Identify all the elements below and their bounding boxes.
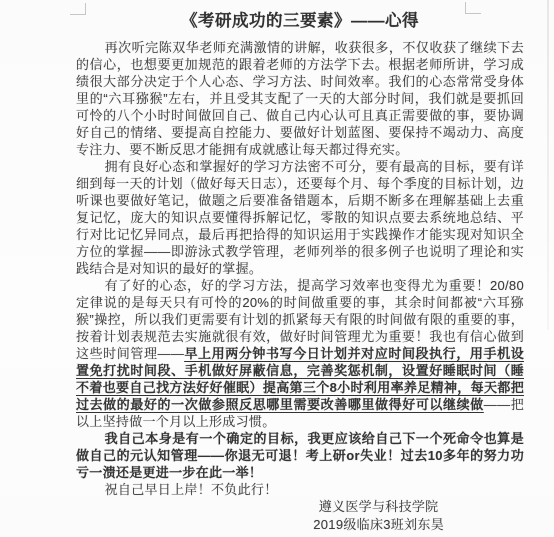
- signature-school: 遵义医学与科技学院: [313, 498, 444, 516]
- closing-wish: 祝自己早日上岸！不负此行！: [76, 481, 524, 498]
- signature-class-name: 2019级临床3班刘东昊: [313, 516, 444, 534]
- paragraph-intro: 再次听完陈双华老师充满激情的讲解，收获很多，不仅收获了继续下去的信心，也想要更加…: [76, 39, 524, 158]
- document-page: 《考研成功的三要素》——心得 再次听完陈双华老师充满激情的讲解，收获很多，不仅收…: [0, 0, 554, 537]
- document-title: 《考研成功的三要素》——心得: [76, 10, 524, 33]
- paragraph-study-method: 拥有良好心态和掌握好的学习方法密不可分，要有最高的目标，要有详细到每一天的计划（…: [76, 158, 524, 277]
- document-body: 《考研成功的三要素》——心得 再次听完陈双华老师充满激情的讲解，收获很多，不仅收…: [76, 10, 524, 533]
- page-edge-shadow: [547, 0, 549, 330]
- signature-block: 遵义医学与科技学院 2019级临床3班刘东昊: [313, 498, 444, 533]
- paragraph-time-management: 有了好的心态，好的学习方法，提高学习效率也变得尤为重要！20/80定律说的是每天…: [76, 277, 524, 430]
- paragraph-resolution-bold: 我自己本身是有一个确定的目标，我更应该给自己下一个死命令也算是做自己的元认知管理…: [76, 430, 524, 481]
